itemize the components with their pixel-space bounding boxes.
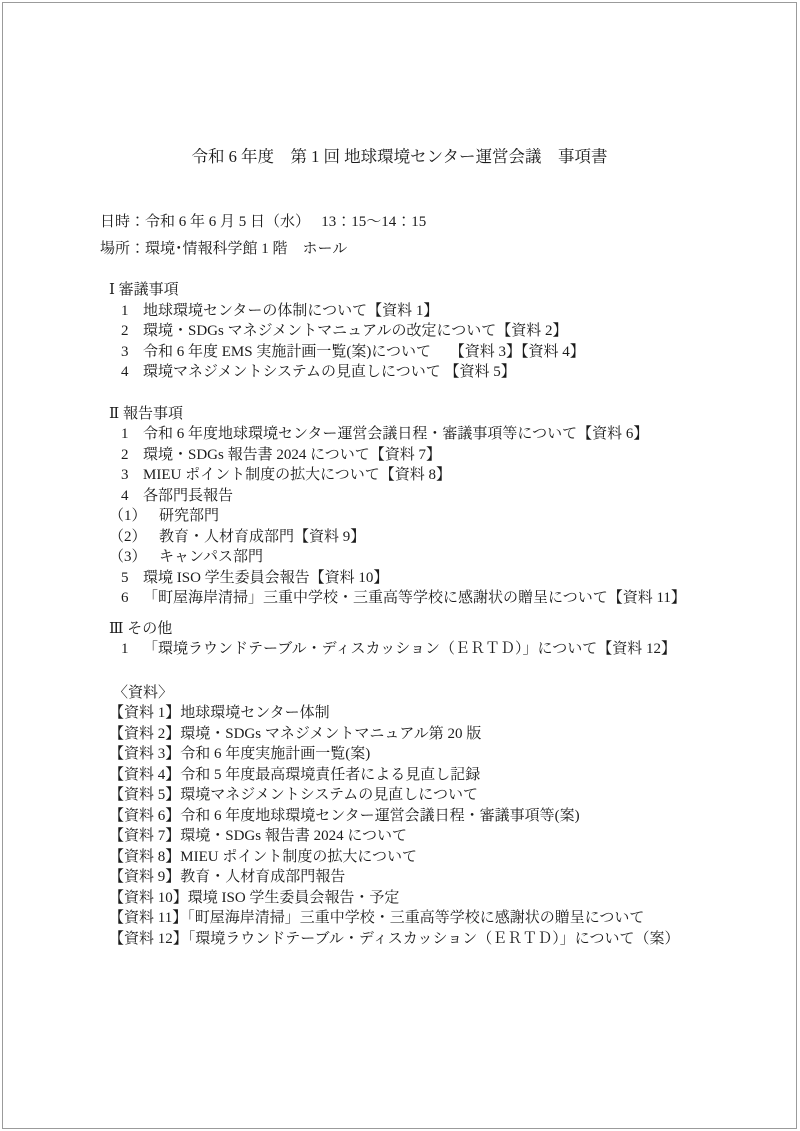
agenda-item-text: キャンパス部門 (159, 549, 263, 565)
document-canvas: 令和 6 年度 第 1 回 地球環境センター運営会議 事項書 日時：令和 6 年… (0, 0, 800, 1131)
agenda-item-number: 1 (121, 301, 143, 322)
section-other-items: Ⅲ その他 1「環境ラウンドテーブル・ディスカッション（ＥＲＴＤ）」について【資… (3, 619, 796, 660)
agenda-subitem: （2）教育・人材育成部門【資料 9】 (3, 527, 796, 548)
agenda-item-number: 2 (121, 445, 143, 466)
agenda-item-text: 令和 6 年度 EMS 実施計画一覧(案)について 【資料 3】【資料 4】 (143, 344, 585, 360)
agenda-item-number: （1） (109, 506, 159, 527)
attachment-item: 【資料 8】MIEU ポイント制度の拡大について (3, 847, 796, 868)
agenda-item-text: 環境マネジメントシステムの見直しについて 【資料 5】 (143, 364, 516, 380)
attachment-item: 【資料 3】令和 6 年度実施計画一覧(案) (3, 744, 796, 765)
agenda-item-number: 6 (121, 588, 143, 609)
agenda-item-text: 各部門長報告 (143, 488, 233, 504)
agenda-item-number: 1 (121, 424, 143, 445)
attachment-item: 【資料 5】環境マネジメントシステムの見直しについて (3, 785, 796, 806)
agenda-item: 6「町屋海岸清掃」三重中学校・三重高等学校に感謝状の贈呈について【資料 11】 (3, 588, 796, 609)
attachment-item: 【資料 9】教育・人材育成部門報告 (3, 867, 796, 888)
agenda-item-text: 「町屋海岸清掃」三重中学校・三重高等学校に感謝状の贈呈について【資料 11】 (143, 590, 686, 606)
agenda-item-text: 環境・SDGs マネジメントマニュアルの改定について【資料 2】 (143, 323, 568, 339)
meeting-location: 場所：環境･情報科学館 1 階 ホール (100, 236, 796, 263)
agenda-item-number: 2 (121, 321, 143, 342)
section-heading: Ⅱ 報告事項 (3, 404, 796, 425)
agenda-item-number: （3） (109, 547, 159, 568)
agenda-item: 3MIEU ポイント制度の拡大について【資料 8】 (3, 465, 796, 486)
agenda-item-text: 環境 ISO 学生委員会報告【資料 10】 (143, 570, 388, 586)
agenda-item: 2環境・SDGs 報告書 2024 について【資料 7】 (3, 445, 796, 466)
agenda-subitem: （3）キャンパス部門 (3, 547, 796, 568)
agenda-item-number: 3 (121, 342, 143, 363)
attachment-item: 【資料 11】「町屋海岸清掃」三重中学校・三重高等学校に感謝状の贈呈について (3, 908, 796, 929)
attachment-item: 【資料 6】令和 6 年度地球環境センター運営会議日程・審議事項等(案) (3, 806, 796, 827)
agenda-item-text: 研究部門 (159, 508, 219, 524)
attachment-item: 【資料 12】「環境ラウンドテーブル・ディスカッション（ＥＲＴＤ）」について（案… (3, 929, 796, 950)
agenda-item-text: 「環境ラウンドテーブル・ディスカッション（ＥＲＴＤ）」について【資料 12】 (143, 641, 676, 657)
agenda-item: 4環境マネジメントシステムの見直しについて 【資料 5】 (3, 362, 796, 383)
attachments-heading: 〈資料〉 (3, 683, 796, 704)
agenda-item-number: （2） (109, 527, 159, 548)
agenda-item-text: 環境・SDGs 報告書 2024 について【資料 7】 (143, 447, 441, 463)
agenda-item-text: MIEU ポイント制度の拡大について【資料 8】 (143, 467, 451, 483)
attachment-item: 【資料 2】環境・SDGs マネジメントマニュアル第 20 版 (3, 724, 796, 745)
section-heading: Ⅲ その他 (3, 619, 796, 640)
agenda-item-text: 令和 6 年度地球環境センター運営会議日程・審議事項等について【資料 6】 (143, 426, 648, 442)
agenda-item-number: 5 (121, 568, 143, 589)
agenda-item: 2環境・SDGs マネジメントマニュアルの改定について【資料 2】 (3, 321, 796, 342)
section-report-items: Ⅱ 報告事項 1令和 6 年度地球環境センター運営会議日程・審議事項等について【… (3, 404, 796, 609)
attachments-section: 〈資料〉 【資料 1】地球環境センター体制 【資料 2】環境・SDGs マネジメ… (3, 683, 796, 950)
section-deliberation-items: Ⅰ 審議事項 1地球環境センターの体制について【資料 1】 2環境・SDGs マ… (3, 280, 796, 383)
agenda-item-number: 1 (121, 639, 143, 660)
document-page: 令和 6 年度 第 1 回 地球環境センター運営会議 事項書 日時：令和 6 年… (2, 2, 797, 1129)
agenda-item-number: 4 (121, 486, 143, 507)
agenda-item-number: 3 (121, 465, 143, 486)
document-title: 令和 6 年度 第 1 回 地球環境センター運営会議 事項書 (3, 147, 796, 167)
agenda-item: 3令和 6 年度 EMS 実施計画一覧(案)について 【資料 3】【資料 4】 (3, 342, 796, 363)
section-heading: Ⅰ 審議事項 (3, 280, 796, 301)
agenda-item-number: 4 (121, 362, 143, 383)
meeting-meta: 日時：令和 6 年 6 月 5 日（水） 13：15～14：15 場所：環境･情… (3, 209, 796, 263)
attachment-item: 【資料 1】地球環境センター体制 (3, 703, 796, 724)
meeting-datetime: 日時：令和 6 年 6 月 5 日（水） 13：15～14：15 (100, 209, 796, 236)
agenda-item: 5環境 ISO 学生委員会報告【資料 10】 (3, 568, 796, 589)
agenda-item: 4各部門長報告 (3, 486, 796, 507)
agenda-item: 1「環境ラウンドテーブル・ディスカッション（ＥＲＴＤ）」について【資料 12】 (3, 639, 796, 660)
agenda-item: 1地球環境センターの体制について【資料 1】 (3, 301, 796, 322)
attachment-item: 【資料 4】令和 5 年度最高環境責任者による見直し記録 (3, 765, 796, 786)
agenda-item: 1令和 6 年度地球環境センター運営会議日程・審議事項等について【資料 6】 (3, 424, 796, 445)
agenda-item-text: 地球環境センターの体制について【資料 1】 (143, 303, 438, 319)
attachment-item: 【資料 10】環境 ISO 学生委員会報告・予定 (3, 888, 796, 909)
agenda-item-text: 教育・人材育成部門【資料 9】 (159, 529, 365, 545)
agenda-subitem: （1）研究部門 (3, 506, 796, 527)
attachment-item: 【資料 7】環境・SDGs 報告書 2024 について (3, 826, 796, 847)
